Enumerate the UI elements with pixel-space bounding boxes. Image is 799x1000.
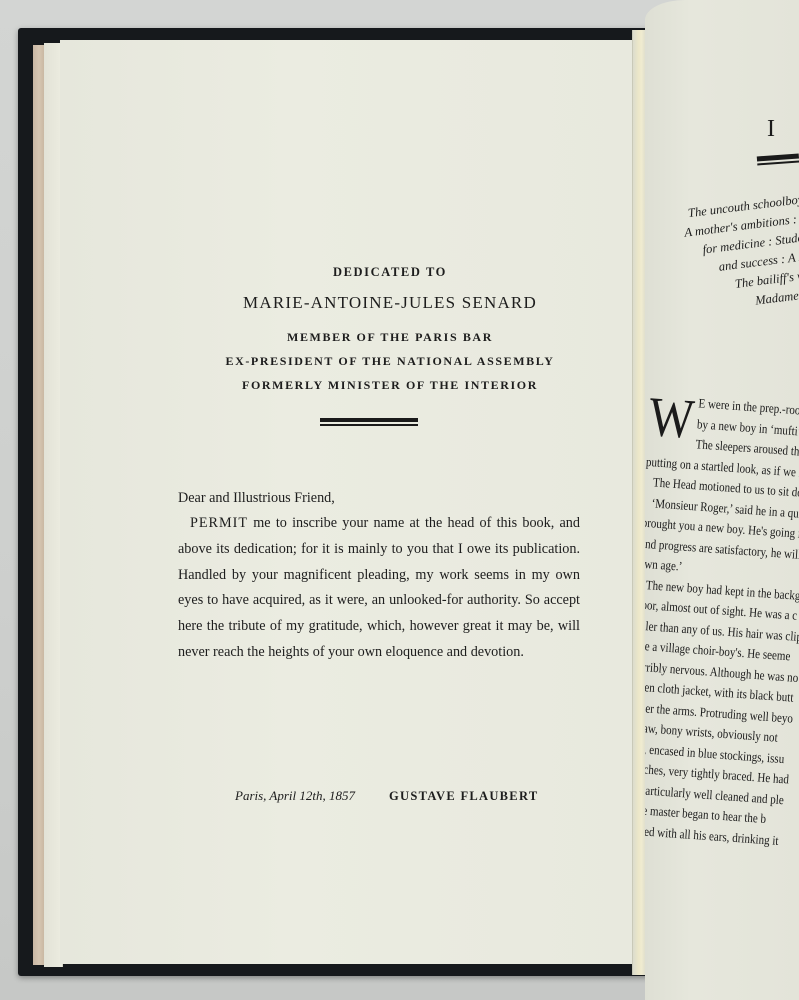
dedicatee-title: EX-PRESIDENT OF THE NATIONAL ASSEMBLY bbox=[160, 349, 620, 373]
chapter-text: W E were in the prep.-room wh by a new b… bbox=[645, 390, 799, 855]
letter-signature: Paris, April 12th, 1857 GUSTAVE FLAUBERT bbox=[235, 787, 535, 805]
dedication-letter: Dear and Illustrious Friend, PERMIT me t… bbox=[178, 485, 580, 666]
dedicatee-title: MEMBER OF THE PARIS BAR bbox=[160, 325, 620, 349]
letter-salutation: Dear and Illustrious Friend, bbox=[178, 485, 580, 511]
dedication-heading: DEDICATED TO bbox=[160, 265, 620, 280]
drop-cap: W bbox=[648, 394, 696, 443]
dedication-block: DEDICATED TO MARIE-ANTOINE-JULES SENARD … bbox=[160, 265, 620, 397]
book-photo: DEDICATED TO MARIE-ANTOINE-JULES SENARD … bbox=[0, 0, 799, 1000]
chapter-number: I bbox=[767, 116, 775, 143]
chapter-rule bbox=[757, 154, 799, 165]
ornamental-rule bbox=[320, 418, 418, 426]
place-date: Paris, April 12th, 1857 bbox=[235, 788, 355, 803]
right-page: I The uncouth schoolboy : The A mother's… bbox=[645, 0, 799, 1000]
dedicatee-name: MARIE-ANTOINE-JULES SENARD bbox=[160, 293, 620, 313]
chapter-synopsis: The uncouth schoolboy : The A mother's a… bbox=[681, 181, 799, 319]
letter-text: me to inscribe your name at the head of … bbox=[178, 515, 580, 660]
dedicatee-title: FORMERLY MINISTER OF THE INTERIOR bbox=[160, 373, 620, 397]
letter-body: PERMIT me to inscribe your name at the h… bbox=[178, 511, 580, 666]
author-name: GUSTAVE FLAUBERT bbox=[389, 789, 538, 803]
letter-opening-word: PERMIT bbox=[190, 515, 248, 531]
